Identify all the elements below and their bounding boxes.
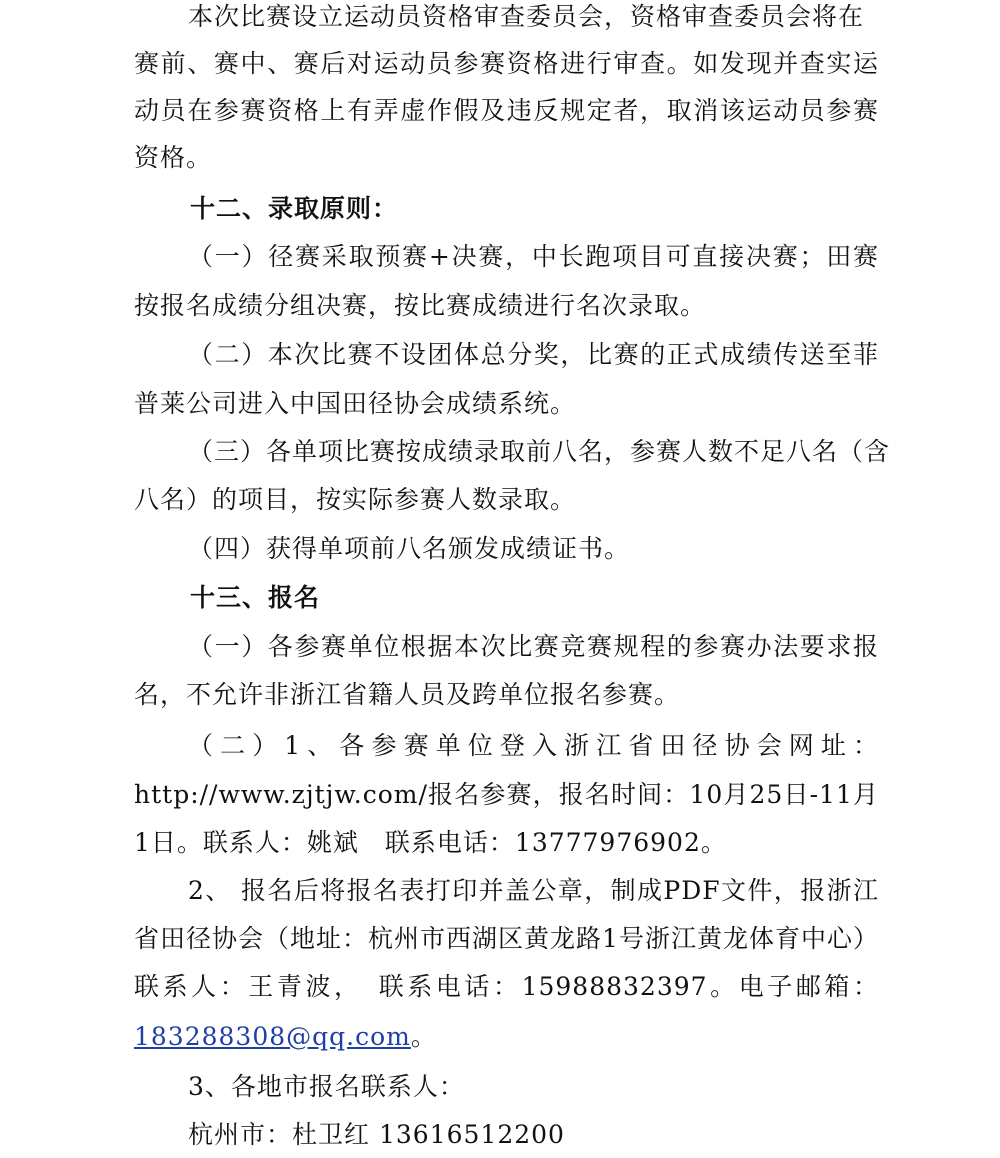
list-item-line: （二）本次比赛不设团体总分奖，比赛的正式成绩传送至菲 xyxy=(188,340,879,370)
section-heading-13: 十三、报名 xyxy=(190,583,935,613)
list-item-line: 1日。联系人：姚斌 联系电话：13777976902。 xyxy=(134,828,879,858)
email-suffix: 。 xyxy=(411,1022,437,1051)
email-line: 183288308@qq.com。 xyxy=(134,1022,879,1052)
list-item-line: 2、 报名后将报名表打印并盖公章，制成PDF文件，报浙江 xyxy=(188,876,879,906)
list-item-line: （一）各参赛单位根据本次比赛竞赛规程的参赛办法要求报 xyxy=(188,632,879,662)
contact-city: 杭州市： xyxy=(188,1120,292,1149)
list-item-line: 省田径协会（地址：杭州市西湖区黄龙路1号浙江黄龙体育中心） xyxy=(134,924,879,954)
list-item-line: （二）1、各参赛单位登入浙江省田径协会网址： xyxy=(188,731,879,761)
list-item-line: 名，不允许非浙江省籍人员及跨单位报名参赛。 xyxy=(134,680,879,710)
list-item-line: 按报名成绩分组决赛，按比赛成绩进行名次录取。 xyxy=(134,291,879,321)
list-item-line: （三）各单项比赛按成绩录取前八名，参赛人数不足八名（含 xyxy=(188,437,879,467)
section-heading-12: 十二、录取原则： xyxy=(190,194,935,224)
list-item-line: （一）径赛采取预赛+决赛，中长跑项目可直接决赛；田赛 xyxy=(188,242,879,272)
paragraph-line: 本次比赛设立运动员资格审查委员会，资格审查委员会将在 xyxy=(188,2,879,32)
contact-phone: 13616512200 xyxy=(379,1120,565,1149)
list-item-line: 联系人：王青波， 联系电话：15988832397。电子邮箱： xyxy=(134,972,879,1002)
list-item-line: 普莱公司进入中国田径协会成绩系统。 xyxy=(134,389,879,419)
contact-name: 杜卫红 xyxy=(292,1120,370,1149)
list-item-line: （四）获得单项前八名颁发成绩证书。 xyxy=(188,534,879,564)
email-link[interactable]: 183288308@qq.com xyxy=(134,1022,411,1051)
paragraph-line: 赛前、赛中、赛后对运动员参赛资格进行审查。如发现并查实运 xyxy=(134,49,879,79)
list-item-line: http://www.zjtjw.com/报名参赛，报名时间：10月25日-11… xyxy=(134,780,879,810)
contact-row: 杭州市：杜卫红 13616512200 xyxy=(188,1120,879,1150)
contacts-heading: 3、各地市报名联系人： xyxy=(188,1072,879,1102)
paragraph-line: 资格。 xyxy=(134,143,879,173)
list-item-line: 八名）的项目，按实际参赛人数录取。 xyxy=(134,485,879,515)
paragraph-line: 动员在参赛资格上有弄虚作假及违反规定者，取消该运动员参赛 xyxy=(134,96,879,126)
